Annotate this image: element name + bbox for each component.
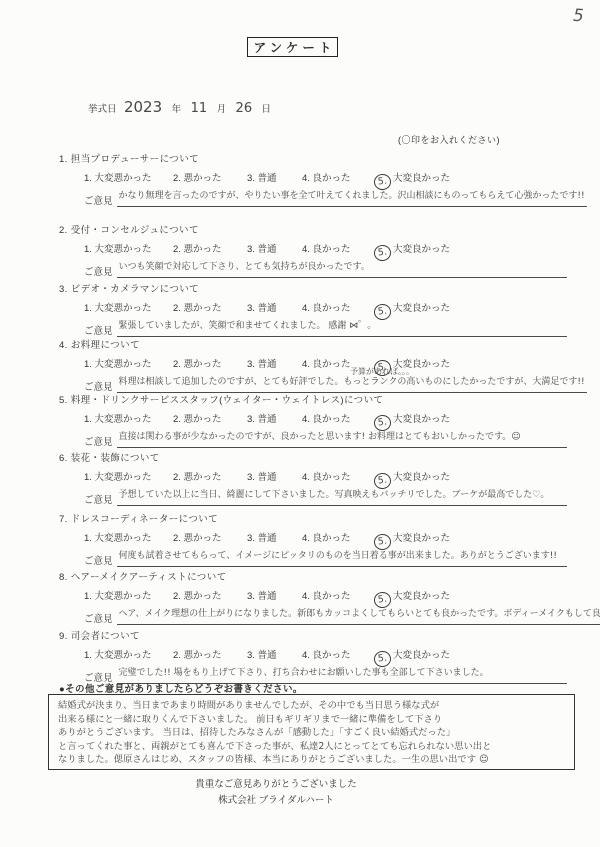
questionnaire-page: 5 アンケート 挙式日 2023 年 11 月 26 日 (〇印をお入れください… [0,0,600,847]
rating-option-2: 2. 悪かった [173,647,222,661]
question-4-food: 4. お料理について 1. 大変悪かった 2. 悪かった 3. 普通 4. 良か… [0,337,600,399]
rating-option-1: 1. 大変悪かった [84,647,152,661]
handwritten-comment: 直接は関わる事が少なかったのですが、良かったと思います! お料理はとてもおいしか… [117,430,567,448]
handwritten-comment: 緊張していましたが、笑顔で和ませてくれました。 感謝 ⋈゜。 [117,319,567,337]
rating-option-4: 4. 良かった [302,588,351,602]
rating-option-5-circled: 5.大変良かった [374,469,450,489]
rating-option-3: 3. 普通 [247,647,277,661]
opinion-row: ご意見 かなり無理を言ったのですが、やりたい事を全て叶えてくれました。沢山相談に… [84,189,567,207]
rating-option-1: 1. 大変悪かった [84,241,152,255]
opinion-row: ご意見 予想していた以上に当日、綺麗にして下さいました。写真映えもバッチリでした… [84,488,567,506]
opinion-label: ご意見 [84,611,117,625]
question-title: 3. ビデオ・カメラマンについて [59,281,199,295]
opinion-label: ご意見 [84,379,117,393]
other-comments-heading: ●その他ご意見がありましたらどうぞお書きください。 [59,681,303,695]
rating-option-5-circled: 5.大変良かった [374,647,450,667]
date-day-unit: 日 [262,104,272,115]
opinion-row: ご意見 料理は相談して追加したのですが、とても好評でした。もっとランクの高いもの… [84,375,567,393]
rating-option-5-circled: 5.大変良かった [374,241,450,261]
question-title: 7. ドレスコーディネーターについて [59,511,218,525]
rating-option-4: 4. 良かった [302,356,351,370]
rating-option-3: 3. 普通 [247,411,277,425]
rating-option-5-circled: 5.大変良かった [374,300,450,320]
rating-option-4: 4. 良かった [302,469,351,483]
rating-option-1: 1. 大変悪かった [84,411,152,425]
opinion-label: ご意見 [84,193,117,207]
rating-option-1: 1. 大変悪かった [84,588,152,602]
rating-option-4: 4. 良かった [302,241,351,255]
rating-option-5-label: 大変良かった [393,650,450,661]
rating-option-5-label: 大変良かった [393,244,450,255]
opinion-label: ご意見 [84,323,117,337]
rating-option-2: 2. 悪かった [173,469,222,483]
rating-option-3: 3. 普通 [247,530,277,544]
rating-option-4: 4. 良かった [302,647,351,661]
date-month-handwritten: 11 [191,101,208,116]
rating-option-2: 2. 悪かった [173,530,222,544]
rating-option-5-label: 大変良かった [393,173,450,184]
rating-option-1: 1. 大変悪かった [84,469,152,483]
opinion-label: ご意見 [84,492,117,506]
handwritten-free-comment-line: 結婚式が決まり、当日まであまり時間がありませんでしたが、その中でも当日思う様な式… [58,699,565,713]
handwritten-free-comment-line: 出来る様にと一緒に取りくんで下さいました。 前日もギリギリまで一緒に準備をして下… [58,713,565,727]
opinion-label: ご意見 [84,434,117,448]
rating-option-1: 1. 大変悪かった [84,530,152,544]
date-label: 挙式日 [88,104,117,115]
question-6-flowers-decoration: 6. 装花・装飾について 1. 大変悪かった 2. 悪かった 3. 普通 4. … [0,450,600,512]
question-1-producer: 1. 担当プロデューサーについて 1. 大変悪かった 2. 悪かった 3. 普通… [0,151,600,213]
opinion-row: ご意見 緊張していましたが、笑顔で和ませてくれました。 感謝 ⋈゜。 [84,319,567,337]
question-5-service-staff: 5. 料理・ドリンクサービススタッフ(ウェイター・ウェイトレス)について 1. … [0,392,600,454]
date-month-unit: 月 [217,104,227,115]
rating-option-1: 1. 大変悪かった [84,300,152,314]
opinion-label: ご意見 [84,553,117,567]
rating-option-1: 1. 大変悪かった [84,170,152,184]
rating-option-2: 2. 悪かった [173,356,222,370]
rating-option-4: 4. 良かった [302,300,351,314]
opinion-row: ご意見 何度も試着させてもらって、イメージにピッタリのものを当日着る事が出来まし… [84,549,567,567]
opinion-row: ご意見 ヘア、メイク理想の仕上がりになりました。新郎もカッコよくしてもらいとても… [84,607,567,625]
handwritten-comment: 予想していた以上に当日、綺麗にして下さいました。写真映えもバッチリでした。ブーケ… [117,488,567,506]
rating-option-5-label: 大変良かった [393,472,450,483]
circle-instruction-note: (〇印をお入れください) [398,133,500,146]
question-title: 2. 受付・コンセルジュについて [59,222,199,236]
rating-option-5-circled: 5.大変良かった [374,411,450,431]
rating-option-5-label: 大変良かった [393,533,450,544]
opinion-row: ご意見 直接は関わる事が少なかったのですが、良かったと思います! お料理はとても… [84,430,567,448]
form-title: アンケート [247,37,338,57]
rating-option-3: 3. 普通 [247,356,277,370]
handwritten-free-comment-line: と言ってくれた事と、両親がとても喜んで下さった事が、私達2人にとってとても忘れら… [58,740,565,754]
company-name: 株式会社 ブライダルハート [0,792,552,806]
rating-option-4: 4. 良かった [302,411,351,425]
handwritten-comment: 何度も試着させてもらって、イメージにピッタリのものを当日着る事が出来ました。あり… [117,549,567,567]
rating-option-2: 2. 悪かった [173,241,222,255]
question-title: 5. 料理・ドリンクサービススタッフ(ウェイター・ウェイトレス)について [59,392,383,406]
rating-option-5-label: 大変良かった [393,591,450,602]
question-title: 9. 司会者について [59,628,140,642]
rating-option-2: 2. 悪かった [173,300,222,314]
opinion-label: ご意見 [84,264,117,278]
rating-option-3: 3. 普通 [247,241,277,255]
handwritten-free-comment-line: なりました。偲原さんはじめ、スタッフの皆様、本当にありがとうございました。一生の… [58,753,565,767]
rating-option-5-label: 大変良かった [393,303,450,314]
rating-option-3: 3. 普通 [247,469,277,483]
date-day-handwritten: 26 [236,101,253,116]
rating-option-3: 3. 普通 [247,300,277,314]
question-title: 1. 担当プロデューサーについて [59,151,199,165]
rating-option-4: 4. 良かった [302,170,351,184]
rating-option-5-label: 大変良かった [393,414,450,425]
rating-option-4: 4. 良かった [302,530,351,544]
question-8-hair-makeup-artist: 8. ヘアーメイクアーティストについて 1. 大変悪かった 2. 悪かった 3.… [0,569,600,631]
other-comments-box: 結婚式が決まり、当日まであまり時間がありませんでしたが、その中でも当日思う様な式… [48,694,575,770]
question-title: 6. 装花・装飾について [59,450,160,464]
date-year-unit: 年 [172,104,182,115]
rating-option-2: 2. 悪かった [173,411,222,425]
handwritten-comment: ヘア、メイク理想の仕上がりになりました。新郎もカッコよくしてもらいとても良かった… [117,607,600,625]
handwritten-comment: いつも笑顔で対応して下さり、とても気持ちが良かったです。 [117,260,567,278]
date-year-handwritten: 2023 [124,98,162,116]
form-footer: 貴重なご意見ありがとうございました 株式会社 ブライダルハート [0,776,552,806]
handwritten-page-number: 5 [571,6,586,27]
question-title: 4. お料理について [59,337,140,351]
rating-option-3: 3. 普通 [247,170,277,184]
handwritten-comment: 料理は相談して追加したのですが、とても好評でした。もっとランクの高いものにしたか… [117,375,587,393]
question-2-reception-concierge: 2. 受付・コンセルジュについて 1. 大変悪かった 2. 悪かった 3. 普通… [0,222,600,284]
handwritten-comment: かなり無理を言ったのですが、やりたい事を全て叶えてくれました。沢山相談にものって… [117,189,587,207]
thanks-message: 貴重なご意見ありがとうございました [0,776,552,790]
rating-option-5-circled: 5.大変良かった [374,530,450,550]
rating-option-5-circled: 5.大変良かった [374,588,450,608]
rating-option-5-circled: 5.大変良かった [374,170,450,190]
question-3-video-cameraman: 3. ビデオ・カメラマンについて 1. 大変悪かった 2. 悪かった 3. 普通… [0,281,600,343]
rating-option-1: 1. 大変悪かった [84,356,152,370]
question-title: 8. ヘアーメイクアーティストについて [59,569,227,583]
opinion-row: ご意見 いつも笑顔で対応して下さり、とても気持ちが良かったです。 [84,260,567,278]
ceremony-date-row: 挙式日 2023 年 11 月 26 日 [88,98,273,117]
rating-option-3: 3. 普通 [247,588,277,602]
handwritten-free-comment-line: ありがとうございます。 当日は、招待したみなさんが「感動した」「すごく良い結婚式… [58,726,565,740]
question-7-dress-coordinator: 7. ドレスコーディネーターについて 1. 大変悪かった 2. 悪かった 3. … [0,511,600,573]
rating-option-2: 2. 悪かった [173,170,222,184]
rating-option-2: 2. 悪かった [173,588,222,602]
